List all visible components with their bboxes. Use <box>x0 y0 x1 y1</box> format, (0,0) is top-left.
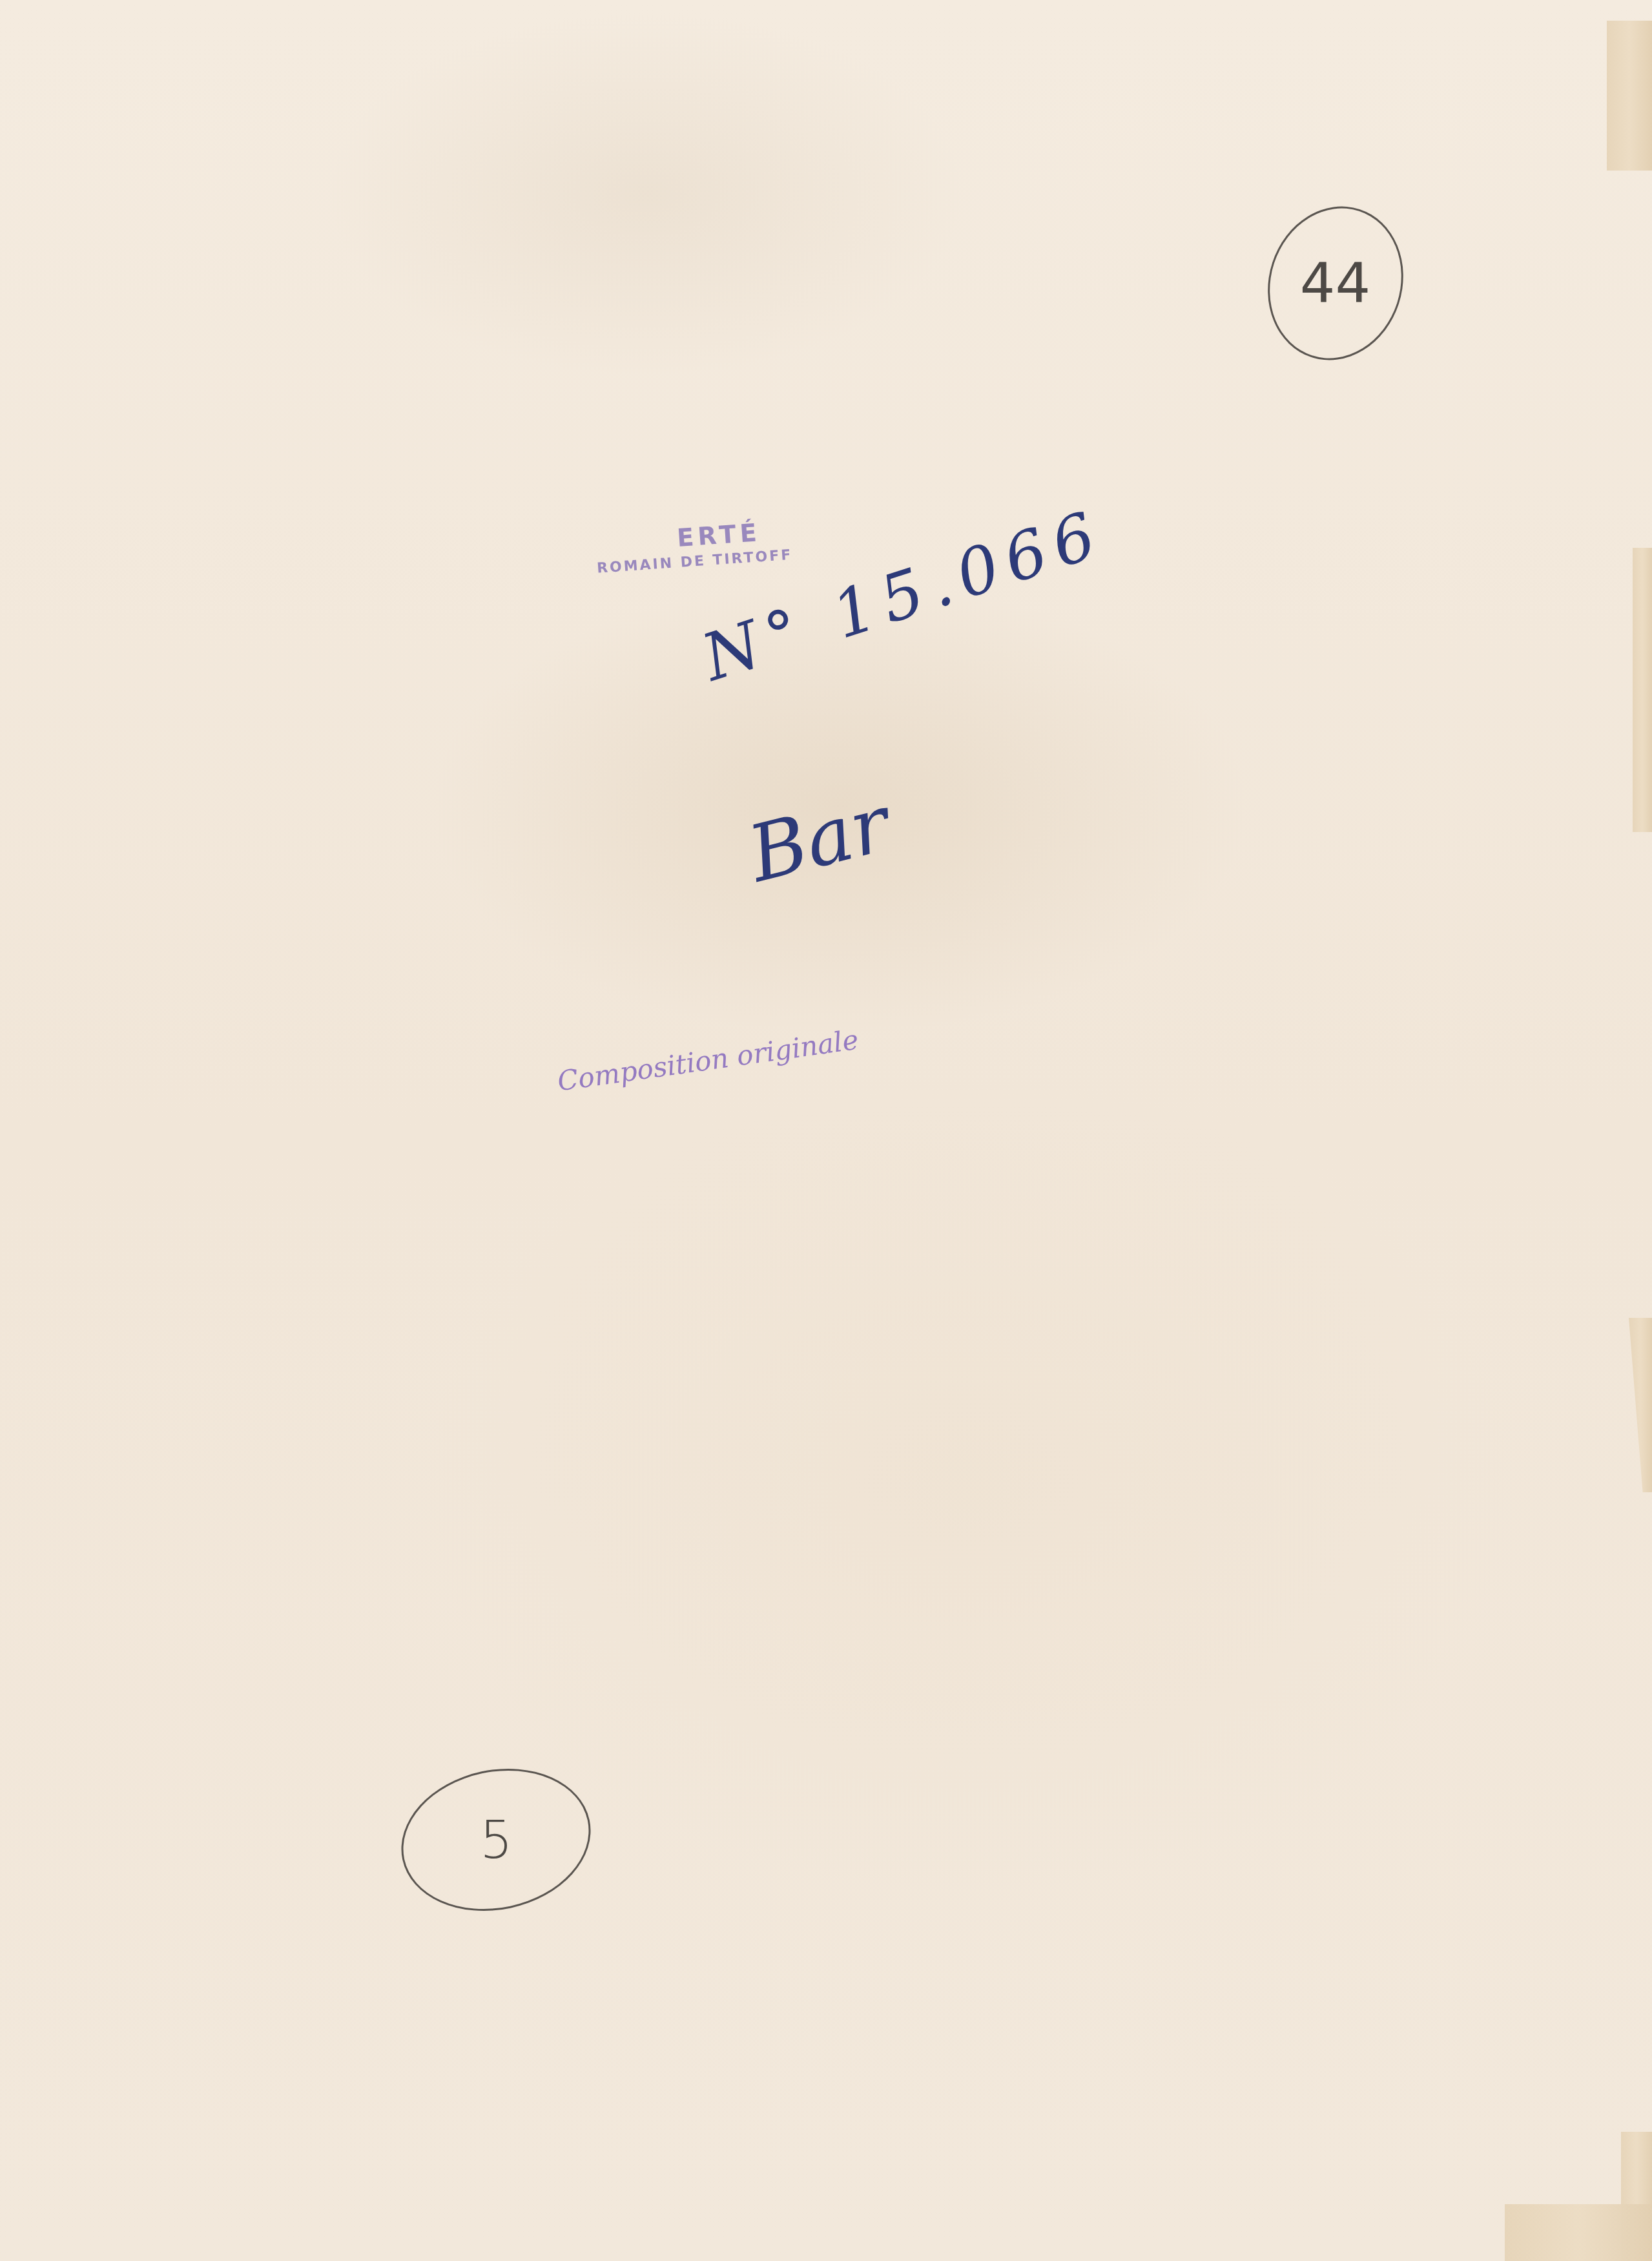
paper-background <box>0 0 1652 2261</box>
circled-number-bottom-value: 5 <box>480 1810 513 1870</box>
tape-strip-right-upper <box>1633 548 1652 832</box>
tape-strip-bottom-right <box>1505 2204 1652 2261</box>
circled-number-top-value: 44 <box>1300 251 1370 316</box>
tape-strip-top-right <box>1607 21 1652 171</box>
